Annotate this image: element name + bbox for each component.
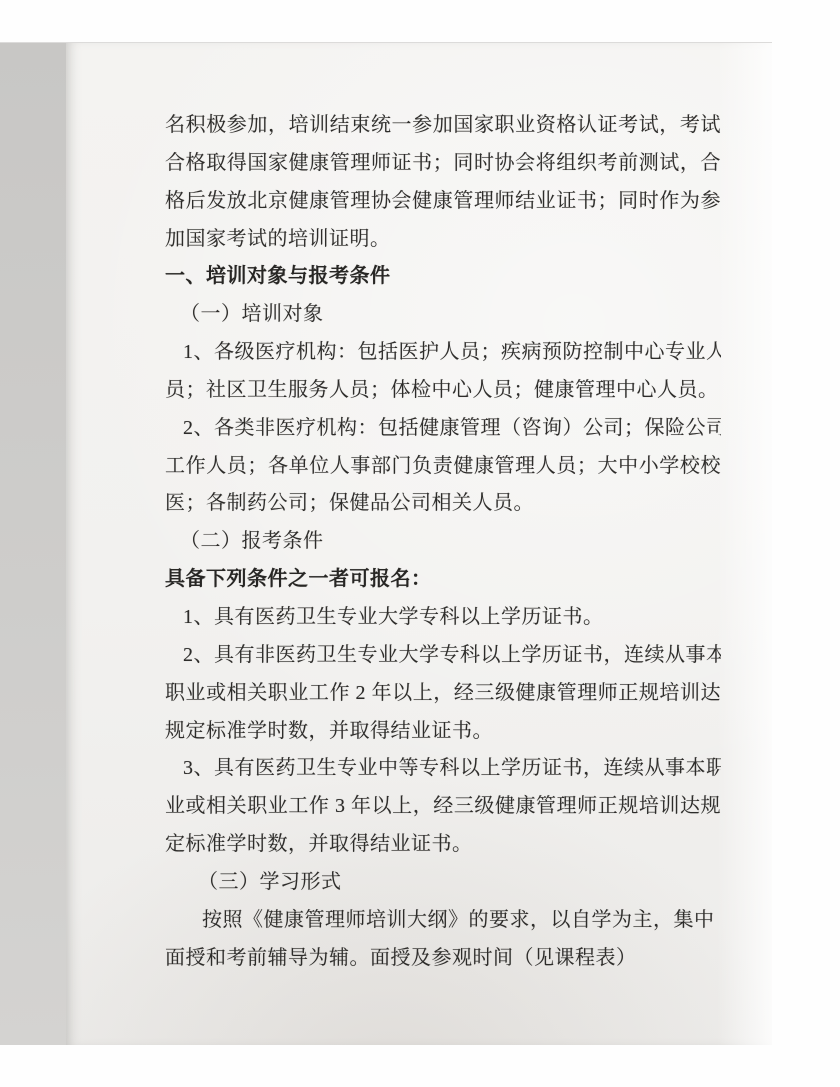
doc-line: 职业或相关职业工作 2 年以上，经三级健康管理师正规培训达 bbox=[165, 675, 721, 713]
doc-subheading-line: （二）报考条件 bbox=[165, 523, 721, 561]
doc-line: 定标准学时数，并取得结业证书。 bbox=[165, 826, 721, 864]
doc-subheading-line: （一）培训对象 bbox=[165, 296, 721, 334]
doc-line: 格后发放北京健康管理协会健康管理师结业证书；同时作为参 bbox=[165, 183, 721, 221]
doc-line: 3、具有医药卫生专业中等专科以上学历证书，连续从事本职 bbox=[165, 750, 721, 788]
doc-line: 业或相关职业工作 3 年以上，经三级健康管理师正规培训达规 bbox=[165, 788, 721, 826]
doc-line: 1、各级医疗机构：包括医护人员；疾病预防控制中心专业人 bbox=[165, 334, 721, 372]
doc-line: 合格取得国家健康管理师证书；同时协会将组织考前测试，合 bbox=[165, 145, 721, 183]
doc-line: 面授和考前辅导为辅。面授及参观时间（见课程表） bbox=[165, 940, 721, 978]
doc-heading-line: 一、培训对象与报考条件 bbox=[165, 258, 721, 296]
doc-line: 2、各类非医疗机构：包括健康管理（咨询）公司；保险公司 bbox=[165, 410, 721, 448]
doc-line: 医；各制药公司；保健品公司相关人员。 bbox=[165, 485, 721, 523]
doc-heading-line: 具备下列条件之一者可报名： bbox=[165, 561, 721, 599]
doc-line: 规定标准学时数，并取得结业证书。 bbox=[165, 713, 721, 751]
doc-line: 名积极参加，培训结束统一参加国家职业资格认证考试，考试 bbox=[165, 107, 721, 145]
scan-left-shadow bbox=[0, 43, 66, 1045]
page-background: 名积极参加，培训结束统一参加国家职业资格认证考试，考试 合格取得国家健康管理师证… bbox=[0, 0, 840, 1087]
doc-line: 加国家考试的培训证明。 bbox=[165, 221, 721, 259]
document-text-block: 名积极参加，培训结束统一参加国家职业资格认证考试，考试 合格取得国家健康管理师证… bbox=[165, 107, 721, 977]
doc-subheading-line: （三）学习形式 bbox=[165, 864, 721, 902]
doc-line: 按照《健康管理师培训大纲》的要求，以自学为主，集中 bbox=[165, 902, 721, 940]
doc-line: 工作人员；各单位人事部门负责健康管理人员；大中小学校校 bbox=[165, 448, 721, 486]
doc-line: 1、具有医药卫生专业大学专科以上学历证书。 bbox=[165, 599, 721, 637]
doc-line: 员；社区卫生服务人员；体检中心人员；健康管理中心人员。 bbox=[165, 372, 721, 410]
doc-line: 2、具有非医药卫生专业大学专科以上学历证书，连续从事本 bbox=[165, 637, 721, 675]
